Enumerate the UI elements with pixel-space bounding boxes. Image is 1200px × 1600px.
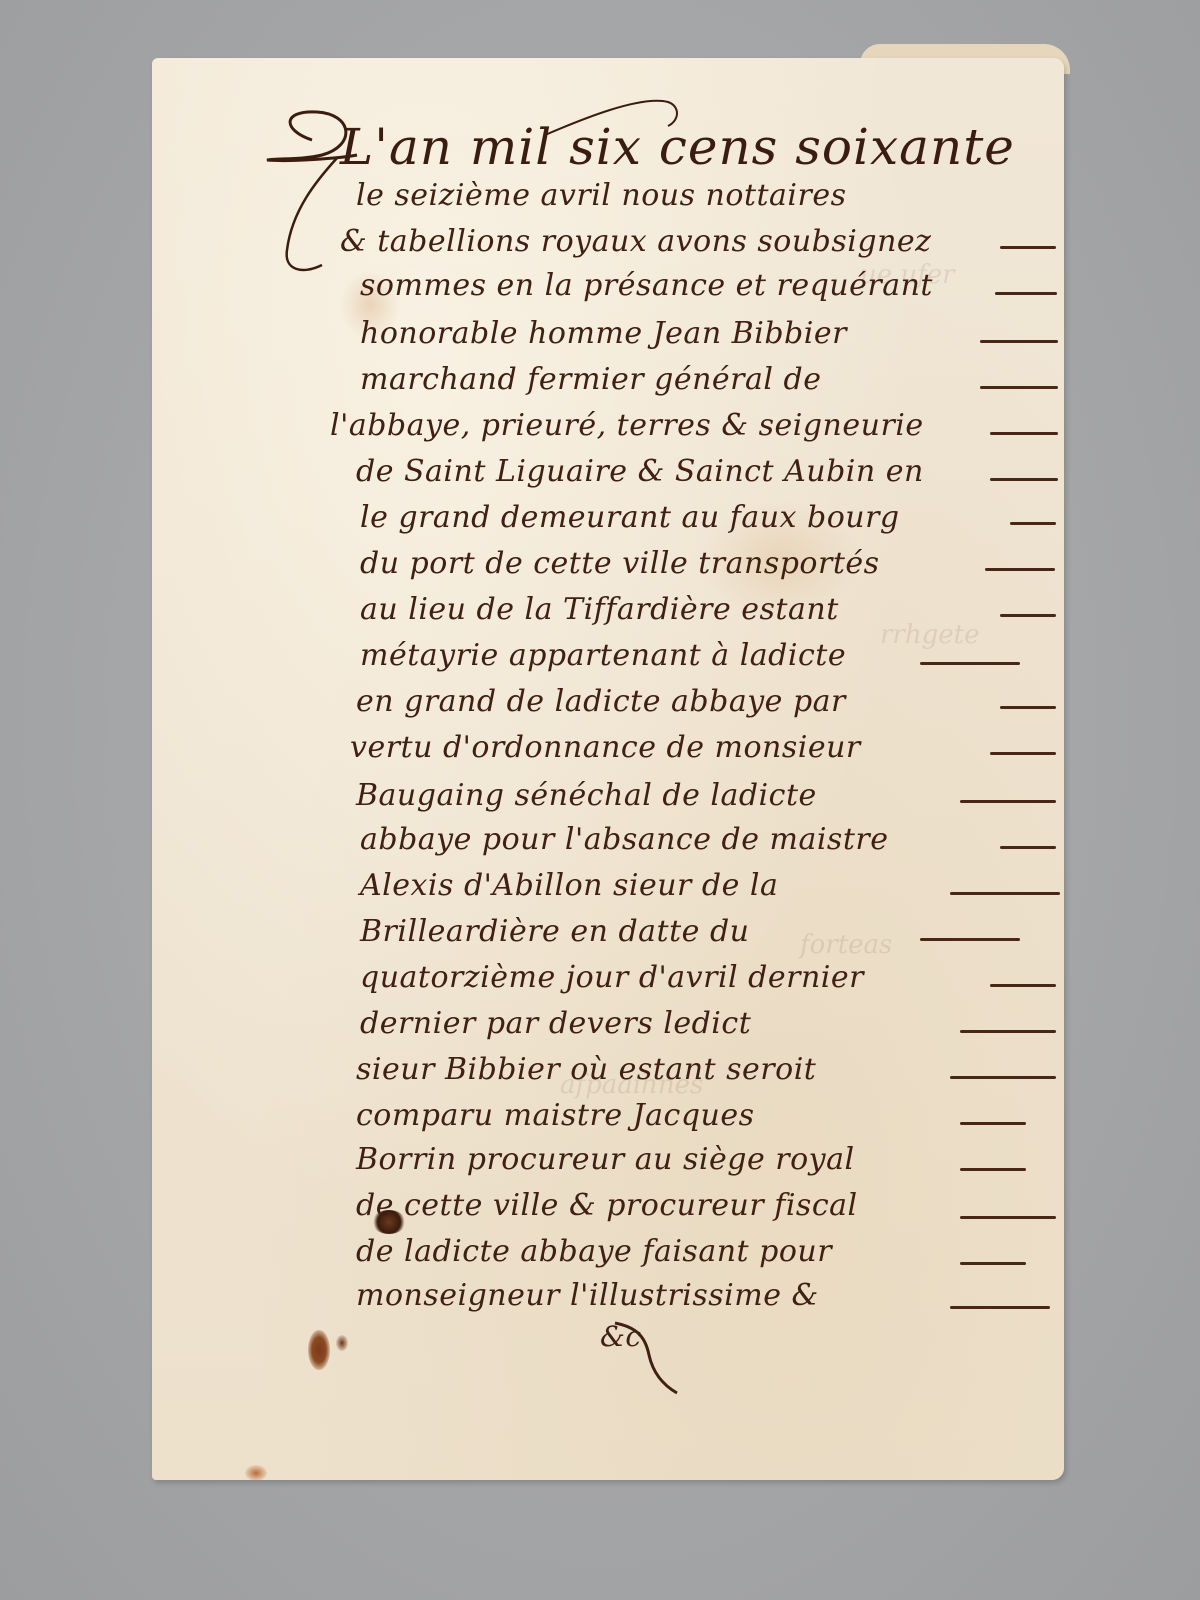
line-filler-dash — [920, 662, 1020, 665]
manuscript-line: sieur Bibbier où estant seroit — [356, 1052, 816, 1087]
manuscript-line: & tabellions royaux avons soubsignez — [340, 224, 931, 259]
line-filler-dash — [1000, 706, 1056, 709]
closing-flourish-icon — [585, 1305, 695, 1395]
manuscript-line: de Saint Liguaire & Sainct Aubin en — [356, 454, 924, 489]
line-filler-dash — [960, 1122, 1026, 1125]
line-filler-dash — [990, 984, 1056, 987]
manuscript-line: de ladicte abbaye faisant pour — [356, 1234, 832, 1269]
manuscript-line: métayrie appartenant à ladicte — [360, 638, 846, 673]
line-filler-dash — [990, 432, 1058, 435]
line-filler-dash — [920, 938, 1020, 941]
manuscript-line: de cette ville & procureur fiscal — [356, 1188, 858, 1223]
line-filler-dash — [950, 1306, 1050, 1309]
manuscript-line: Borrin procureur au siège royal — [356, 1142, 855, 1177]
line-filler-dash — [1000, 246, 1056, 249]
manuscript-line: du port de cette ville transportés — [360, 546, 880, 581]
line-filler-dash — [950, 892, 1060, 895]
manuscript-line: comparu maistre Jacques — [356, 1098, 755, 1133]
manuscript-line: en grand de ladicte abbaye par — [356, 684, 846, 719]
rust-stain-small — [336, 1335, 348, 1351]
line-filler-dash — [980, 386, 1058, 389]
line-filler-dash — [960, 1262, 1026, 1265]
manuscript-line: vertu d'ordonnance de monsieur — [350, 730, 861, 765]
line-filler-dash — [950, 1076, 1056, 1079]
line-filler-dash — [960, 1216, 1056, 1219]
line-filler-dash — [990, 478, 1058, 481]
document-heading: L'an mil six cens soixante — [340, 118, 1015, 176]
line-filler-dash — [985, 568, 1055, 571]
manuscript-line: l'abbaye, prieuré, terres & seigneurie — [330, 408, 924, 443]
line-filler-dash — [960, 1168, 1026, 1171]
manuscript-line: Baugaing sénéchal de ladicte — [356, 778, 817, 813]
manuscript-line: honorable homme Jean Bibbier — [360, 316, 847, 351]
manuscript-line: marchand fermier général de — [360, 362, 821, 397]
manuscript-line: le grand demeurant au faux bourg — [360, 500, 900, 535]
manuscript-line: quatorzième jour d'avril dernier — [360, 960, 864, 995]
manuscript-line: Alexis d'Abillon sieur de la — [360, 868, 778, 903]
foxing-spot — [245, 1465, 267, 1481]
line-filler-dash — [980, 340, 1058, 343]
line-filler-dash — [1000, 614, 1056, 617]
line-filler-dash — [1000, 846, 1056, 849]
line-filler-dash — [960, 800, 1056, 803]
manuscript-line: sommes en la présance et requérant — [360, 268, 933, 303]
line-filler-dash — [995, 292, 1057, 295]
line-filler-dash — [1010, 522, 1056, 525]
manuscript-line: abbaye pour l'absance de maistre — [360, 822, 888, 857]
line-filler-dash — [990, 752, 1056, 755]
manuscript-line: le seizième avril nous nottaires — [356, 178, 847, 213]
manuscript-line: au lieu de la Tiffardière estant — [360, 592, 839, 627]
manuscript-line: Brilleardière en datte du — [360, 914, 749, 949]
rust-stain — [308, 1330, 330, 1370]
line-filler-dash — [960, 1030, 1056, 1033]
manuscript-line: dernier par devers ledict — [360, 1006, 751, 1041]
